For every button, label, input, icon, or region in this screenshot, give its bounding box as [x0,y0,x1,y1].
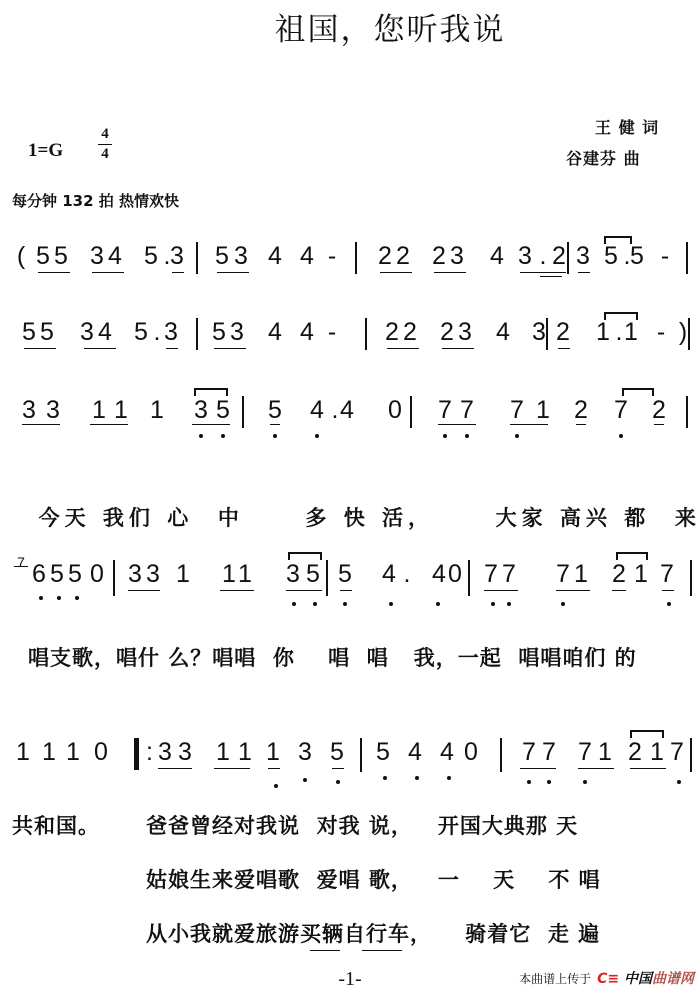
note: 2 [432,242,446,270]
octave-dot-low [667,602,671,606]
note: 1 [66,738,80,766]
lyrics-line-1: 今天 我们 心 中 多 快 活， 大家 高兴 都 来 [14,478,700,532]
upload-text: 本曲谱上传于 [519,970,591,987]
note: 5 [338,560,352,588]
note: 1 [238,738,252,766]
beam-underline [540,276,562,277]
beam-underline [24,348,56,349]
octave-dot-low [547,780,551,784]
beam-underline [576,424,586,425]
beam-underline [387,348,419,349]
beam-underline [84,348,116,349]
octave-dot-low [443,434,447,438]
note: 1 [536,396,550,424]
augmentation-dot: . [150,318,164,346]
barline [686,242,688,274]
note: 7 [502,560,516,588]
note: 1 [596,318,610,346]
note: 0 [388,396,402,424]
barline [242,396,244,428]
note: 7 [460,396,474,424]
note: 5 [212,318,226,346]
note: 1 [222,560,236,588]
beam-underline [332,768,344,769]
beam-underline [438,424,476,425]
song-title: 祖国，您听我说 [0,4,700,49]
logo-mark-icon: C≡ [597,971,619,987]
note: 1 [634,560,648,588]
note: 2 [440,318,454,346]
note: 7 [522,738,536,766]
octave-dot-low [57,596,61,600]
note: 2 [628,738,642,766]
tempo-marking: 每分钟 132 拍 热情欢快 [12,190,179,211]
lyrics-verse-2: 姑娘生来爱唱歌 爱唱 歌， 一 天 不 唱 [146,864,601,894]
note: 4 [340,396,354,424]
tie-bracket [622,388,654,396]
note: 1 [16,738,30,766]
barline [546,318,548,350]
lyricist-credit: 王 健 词 [595,115,659,138]
barline [134,738,139,770]
beam-underline [128,590,160,591]
barline [686,396,688,428]
barline [690,738,692,772]
note: 1 [238,560,252,588]
tie-bracket [630,730,664,738]
note: 0 [448,560,462,588]
octave-dot-low [315,434,319,438]
barline [360,738,362,772]
grace-note: 7 [14,548,28,576]
octave-dot-low [303,778,307,782]
note: 4 [268,318,282,346]
beam-underline [578,768,614,769]
barline [567,242,569,274]
tie-bracket [604,236,632,244]
beam-underline [510,424,548,425]
lyric: 今天 我们 心 中 多 快 活， 大家 高兴 都 来 [39,506,700,530]
note: 5 [50,560,64,588]
dash: - [658,242,672,270]
note: 5 [22,318,36,346]
octave-dot-low [619,434,623,438]
octave-dot-low [274,784,278,788]
note: 7 [660,560,674,588]
octave-dot-low [292,602,296,606]
time-sig-bottom: 4 [98,146,112,163]
note: 4 [108,242,122,270]
dash: - [325,242,339,270]
note: 7 [542,738,556,766]
note: 3 [22,396,36,424]
note: 4 [300,318,314,346]
beam-underline [192,424,230,425]
lyrics-verse-3: 从小我就爱旅游买辆自行车， 骑着它 走 遍 [146,918,600,948]
note: 0 [464,738,478,766]
beam-underline [38,272,70,273]
octave-dot-low [343,602,347,606]
beam-underline [286,590,322,591]
octave-dot-low [39,596,43,600]
octave-dot-low [436,602,440,606]
note: 7 [438,396,452,424]
barline [365,318,367,350]
note: 5 [134,318,148,346]
note: 3 [458,318,472,346]
note: 4 [432,560,446,588]
octave-dot-low [491,602,495,606]
note: 2 [652,396,666,424]
beam-underline [340,590,352,591]
note: 1 [598,738,612,766]
beam-underline [90,424,128,425]
note: 3 [532,318,546,346]
beam-underline [270,424,280,425]
barline [468,560,470,596]
note: 1 [650,738,664,766]
tie-bracket [288,552,322,560]
note: 3 [194,396,208,424]
note: 2 [396,242,410,270]
time-sig-top: 4 [98,126,112,143]
beam-underline [662,590,674,591]
note: 5 [40,318,54,346]
note: 7 [670,738,684,766]
beam-underline [612,590,626,591]
note: 5 [604,242,618,270]
beam-underline [434,272,466,273]
beam-underline [520,768,556,769]
octave-dot-low [75,596,79,600]
beam-underline [558,348,570,349]
note: 5 [215,242,229,270]
note: 3 [128,560,142,588]
beam-underline [214,768,250,769]
note: 2 [574,396,588,424]
note: 1 [574,560,588,588]
octave-dot-low [527,780,531,784]
octave-dot-low [507,602,511,606]
tie-bracket [604,312,638,320]
barline [355,242,357,274]
repeat-sign: : [146,738,152,766]
barline [326,560,328,596]
key-signature: 1=G [28,140,63,162]
note: 0 [94,738,108,766]
note: 3 [46,396,60,424]
note: 3 [178,738,192,766]
note: 2 [612,560,626,588]
note: 1 [266,738,280,766]
note: 7 [614,396,628,424]
octave-dot-low [447,776,451,780]
lyrics-verse-1: 爸爸曾经对我说 对我 说， 开国大典那 天 [146,810,578,840]
dash: - [325,318,339,346]
note: 5 [216,396,230,424]
note: 4 [300,242,314,270]
note: 4 [440,738,454,766]
beam-underline [630,768,666,769]
barline [500,738,502,772]
note: 1 [42,738,56,766]
beam-underline [380,272,412,273]
site-logo[interactable]: C≡ 中国曲谱网 [597,968,694,988]
beam-underline [484,590,518,591]
octave-dot-low [221,434,225,438]
note: 4 [98,318,112,346]
octave-dot-low [313,602,317,606]
note: 2 [378,242,392,270]
barline [196,242,198,274]
note: 3 [146,560,160,588]
note: 4 [490,242,504,270]
note: 5 [54,242,68,270]
note: 3 [90,242,104,270]
grace-slash [14,566,28,567]
note: 2 [556,318,570,346]
octave-dot-low [273,434,277,438]
note: 5 [306,560,320,588]
note: 3 [164,318,178,346]
note: 2 [385,318,399,346]
beam-underline [578,272,590,273]
note: 5 [630,242,644,270]
note: 4 [496,318,510,346]
note: 5 [268,396,282,424]
beam-underline [268,768,280,769]
augmentation-dot: . [536,242,550,270]
beam-underline [217,272,249,273]
note: 7 [578,738,592,766]
dash: - [654,318,668,346]
note: 4 [268,242,282,270]
barline [688,318,690,350]
note: 6 [32,560,46,588]
note: 5 [376,738,390,766]
augmentation-dot: . [400,560,414,588]
note: 7 [556,560,570,588]
note: 3 [230,318,244,346]
octave-dot-low [583,780,587,784]
beam-underline [654,424,664,425]
note: 3 [450,242,464,270]
beam-underline [22,424,60,425]
beam-underline [92,272,124,273]
barline [113,560,115,596]
beam-underline [556,590,590,591]
barline [196,318,198,350]
note: 2 [403,318,417,346]
note: 2 [552,242,566,270]
barline [690,560,692,596]
beam-underline [166,348,178,349]
note: 3 [170,242,184,270]
octave-dot-low [336,780,340,784]
note: 5 [68,560,82,588]
note: 3 [518,242,532,270]
beam-underline [220,590,254,591]
note: 4 [382,560,396,588]
composer-credit: 谷建芬 曲 [566,146,641,169]
octave-dot-low [515,434,519,438]
note: 3 [576,242,590,270]
octave-dot-low [677,780,681,784]
note: 3 [286,560,300,588]
lyric-underline [310,950,340,951]
octave-dot-low [465,434,469,438]
beam-underline [172,272,184,273]
octave-dot-low [389,602,393,606]
note: 1 [114,396,128,424]
beam-underline [214,348,246,349]
note: 3 [158,738,172,766]
note: 1 [176,560,190,588]
tie-bracket [194,388,228,396]
note: 3 [234,242,248,270]
note: 1 [624,318,638,346]
note: 5 [330,738,344,766]
beam-underline [442,348,474,349]
note: 7 [510,396,524,424]
watermark: 本曲谱上传于 C≡ 中国曲谱网 [519,968,694,988]
beam-underline [520,272,566,273]
beam-underline [158,768,192,769]
barline [410,396,412,428]
note: 0 [90,560,104,588]
time-sig-bar [98,144,112,145]
note: ( [14,242,28,270]
site-name-b: 曲谱网 [652,971,694,987]
note: 5 [36,242,50,270]
note: 1 [216,738,230,766]
note: 4 [408,738,422,766]
note: 5 [144,242,158,270]
note: 3 [298,738,312,766]
octave-dot-low [199,434,203,438]
note: 1 [92,396,106,424]
octave-dot-low [415,776,419,780]
octave-dot-low [383,776,387,780]
lyrics-line-2: 唱支歌，唱什 么？唱唱 你 唱 唱 我，一起 唱唱咱们 的 [28,642,637,672]
note: 7 [484,560,498,588]
note: 3 [80,318,94,346]
note: 4 [310,396,324,424]
lyric-underline [362,950,402,951]
octave-dot-low [561,602,565,606]
time-signature: 4 4 [98,126,112,163]
tie-bracket [616,552,648,560]
site-name-a: 中国 [624,971,652,987]
note: 1 [150,396,164,424]
lyrics-verse-end: 共和国。 [12,810,100,840]
